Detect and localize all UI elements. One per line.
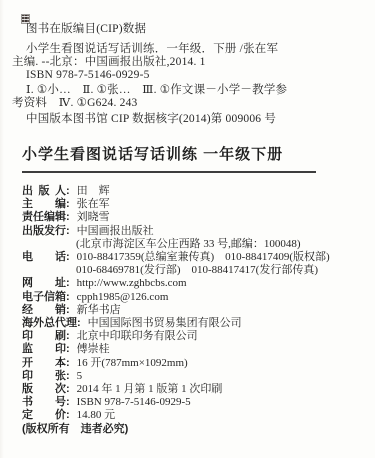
scan-speck-artifact xyxy=(22,15,29,23)
row-label: 网址 xyxy=(22,277,66,290)
row-colon: : xyxy=(66,251,70,264)
row-colon: : xyxy=(66,277,70,290)
colophon-row-email: 电子信箱:cpph1985@126.com xyxy=(22,291,375,304)
row-label: 责任编辑 xyxy=(22,211,66,224)
colophon-row-website: 网址:http://www.zghbcbs.com xyxy=(22,277,375,290)
book-title: 小学生看图说话写话训练 一年级下册 xyxy=(22,143,316,173)
cip-heading: 图书在版编目(CIP)数据 xyxy=(26,23,375,36)
row-label: 监印 xyxy=(22,343,66,356)
row-value: ISBN 978-7-5146-0929-5 xyxy=(77,396,191,408)
cip-record-number: 中国版本图书馆 CIP 数据核字(2014)第 009006 号 xyxy=(26,113,375,126)
cip-isbn-line: ISBN 978-7-5146-0929-5 xyxy=(26,69,375,82)
row-value: 5 xyxy=(77,370,83,382)
row-value: 010-88417359(总编室兼传真) 010-88417409(版权部) xyxy=(77,251,330,263)
row-value: 14.80 元 xyxy=(77,409,116,421)
colophon-row-edition: 版次:2014 年 1 月第 1 版第 1 次印刷 xyxy=(22,383,375,396)
cip-description: 小学生看图说话写话训练．一年级．下册 /张在军 主编. --北京：中国画报出版社… xyxy=(0,43,375,82)
row-value: 010-68469781(发行部) 010-88417417(发行部传真) xyxy=(76,264,318,276)
row-value: 中国画报出版社 xyxy=(77,225,154,237)
row-value: 2014 年 1 月第 1 版第 1 次印刷 xyxy=(77,383,223,395)
row-label: 电子信箱 xyxy=(22,291,66,304)
row-label: 开本 xyxy=(22,357,66,370)
row-colon: : xyxy=(66,330,70,343)
row-value: (北京市海淀区车公庄西路 33 号,邮编：100048) xyxy=(76,238,301,250)
colophon-row-isbn: 书号:ISBN 978-7-5146-0929-5 xyxy=(22,396,375,409)
row-colon: : xyxy=(66,343,70,356)
row-value: cpph1985@126.com xyxy=(77,291,169,303)
cip-class-line-2: 考资料 Ⅳ. ①G624. 243 xyxy=(12,97,375,110)
row-colon: : xyxy=(66,225,70,238)
row-label: 出版人 xyxy=(22,185,66,198)
row-label: 海外总代理 xyxy=(22,317,77,330)
row-colon: : xyxy=(66,211,70,224)
colophon-row-distributor: 经销:新华书店 xyxy=(22,304,375,317)
row-colon: : xyxy=(66,409,70,422)
row-value: http://www.zghbcbs.com xyxy=(77,277,187,289)
colophon-row-overseas-agent: 海外总代理:中国国际图书贸易集团有限公司 xyxy=(22,317,375,330)
row-label: 版次 xyxy=(22,383,66,396)
copyright-notice: (版权所有 违者必究) xyxy=(22,423,375,436)
colophon-row-publisher-person: 出版人:田 辉 xyxy=(22,185,375,198)
row-value: 新华书店 xyxy=(77,304,121,316)
colophon-row-publisher-address: (北京市海淀区车公庄西路 33 号,邮编：100048) xyxy=(22,238,375,251)
colophon-row-publishing-house: 出版发行:中国画报出版社 xyxy=(22,225,375,238)
row-label: 出版发行 xyxy=(22,225,66,238)
colophon-row-format: 开本:16 开(787mm×1092mm) xyxy=(22,357,375,370)
row-colon: : xyxy=(66,291,70,304)
cip-classification: Ⅰ. ①小… Ⅱ. ①张… Ⅲ. ①作文课－小学－教学参 考资料 Ⅳ. ①G62… xyxy=(0,84,375,110)
colophon-row-chief-editor: 主编:张在军 xyxy=(22,198,375,211)
row-colon: : xyxy=(66,304,70,317)
row-colon: : xyxy=(66,396,70,409)
row-value: 中国国际图书贸易集团有限公司 xyxy=(88,317,242,329)
colophon-row-telephone-2: 010-68469781(发行部) 010-88417417(发行部传真) xyxy=(22,264,375,277)
row-colon: : xyxy=(66,185,70,198)
colophon-row-sheets: 印张:5 xyxy=(22,370,375,383)
colophon-row-responsible-editor: 责任编辑:刘晓雪 xyxy=(22,211,375,224)
colophon-row-price: 定价:14.80 元 xyxy=(22,409,375,422)
cip-class-line-1: Ⅰ. ①小… Ⅱ. ①张… Ⅲ. ①作文课－小学－教学参 xyxy=(26,84,375,97)
row-label: 主编 xyxy=(22,198,66,211)
row-label: 定价 xyxy=(22,409,66,422)
scanned-copyright-page: 图书在版编目(CIP)数据 小学生看图说话写话训练．一年级．下册 /张在军 主编… xyxy=(0,0,375,458)
row-label: 经销 xyxy=(22,304,66,317)
row-colon: : xyxy=(66,198,70,211)
cip-publisher-line: 主编. --北京：中国画报出版社,2014. 1 xyxy=(12,56,375,69)
row-colon: : xyxy=(77,317,81,330)
row-value: 北京中印联印务有限公司 xyxy=(77,330,198,342)
row-label: 印刷 xyxy=(22,330,66,343)
row-value: 张在军 xyxy=(77,198,110,210)
row-colon: : xyxy=(66,370,70,383)
colophon-row-printer: 印刷:北京中印联印务有限公司 xyxy=(22,330,375,343)
row-colon: : xyxy=(66,357,70,370)
row-value: 田 辉 xyxy=(77,185,110,197)
cip-block: 图书在版编目(CIP)数据 小学生看图说话写话训练．一年级．下册 /张在军 主编… xyxy=(0,23,375,126)
colophon-row-print-supervisor: 监印:傅崇桂 xyxy=(22,343,375,356)
row-colon: : xyxy=(66,383,70,396)
row-label: 书号 xyxy=(22,396,66,409)
colophon-block: 出版人:田 辉 主编:张在军 责任编辑:刘晓雪 出版发行:中国画报出版社 (北京… xyxy=(22,185,375,436)
colophon-row-telephone: 电话:010-88417359(总编室兼传真) 010-88417409(版权部… xyxy=(22,251,375,264)
row-label: 印张 xyxy=(22,370,66,383)
row-value: 16 开(787mm×1092mm) xyxy=(77,357,188,369)
row-label: 电话 xyxy=(22,251,66,264)
row-value: 刘晓雪 xyxy=(77,211,110,223)
cip-title-line: 小学生看图说话写话训练．一年级．下册 /张在军 xyxy=(26,43,375,56)
row-value: 傅崇桂 xyxy=(77,343,110,355)
